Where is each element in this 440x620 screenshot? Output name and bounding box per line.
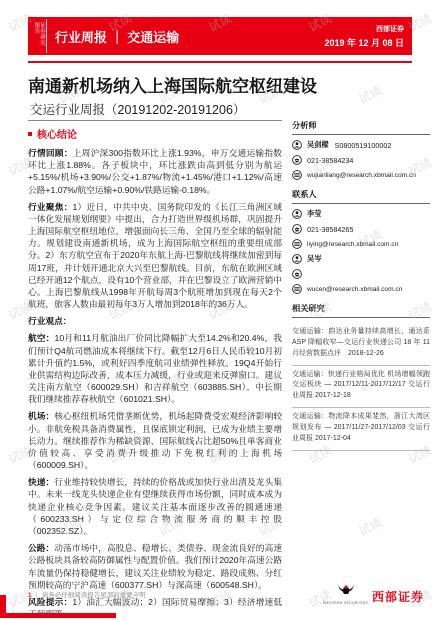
contact-name: 李莹: [307, 209, 321, 219]
footer-disclaimer: 1 ｜ 请务必仔细阅读报告尾部的重要声明: [28, 590, 146, 599]
contact-name-row: 吴岑: [292, 254, 430, 264]
analyst-email: wujianliang@research.xbmail.com.cn: [307, 172, 416, 179]
footer-disclaimer-text: 请务必仔细阅读报告尾部的重要声明: [42, 592, 146, 599]
core-divider: [28, 120, 282, 121]
header-brand: 西部证券: [324, 24, 404, 34]
paragraph-label: 行情回顾：: [28, 148, 73, 158]
page-number: 1: [28, 592, 32, 599]
paragraph-text: 核心枢纽机场凭借垄断优势，机场起降费受宏观经济影响较小。非航免税具备消费属性，且…: [28, 411, 282, 470]
sidebar: 分析师 吴剑樑 S0800519100002 021-38584234: [292, 120, 430, 620]
header-divider: [28, 61, 412, 63]
core-conclusion-label: 核心结论: [37, 126, 77, 141]
email-icon: [292, 239, 302, 249]
analyst-section: 分析师 吴剑樑 S0800519100002 021-38584234: [292, 120, 430, 180]
bull-logo-icon: WESTERN SECURITIES: [323, 583, 368, 605]
contact-heading: 联系人: [292, 189, 430, 204]
phone-icon: [292, 269, 302, 279]
phone-icon: [292, 155, 302, 165]
contact-email: wucen@research.xbmail.com.cn: [307, 286, 402, 293]
paragraph-text: 行业维持较快增长，持续的价格战或加快行业出清及龙头集中。未来一线龙头快递企业有望…: [28, 477, 282, 536]
analyst-name-row: 吴剑樑 S0800519100002: [292, 140, 430, 150]
brand-en-label: WESTERN SECURITIES: [323, 601, 368, 605]
body-paragraph: 行业观点：: [28, 315, 282, 327]
email-icon: [292, 170, 302, 180]
body-paragraph: 机场：核心枢纽机场凭借垄断优势，机场起降费受宏观经济影响较小。非航免税具备消费属…: [28, 410, 282, 471]
body-paragraph: 航空：10月和11月航油出厂价同比降幅扩大至14.2%和20.4%，我们预计Q4…: [28, 332, 282, 405]
analyst-email-row: wujianliang@research.xbmail.com.cn: [292, 170, 430, 180]
person-icon: [292, 140, 302, 150]
paragraph-label: 行业聚焦：: [28, 202, 73, 212]
analyst-name: 吴剑樑: [307, 140, 329, 150]
paragraph-text: 1）近日，中共中央、国务院印发的《长江三角洲区域一体化发展规划纲要》中提出，合力…: [28, 202, 282, 309]
report-body: 行情回顾：上周沪深300指数环比上涨1.93%，申万交通运输指数环比上涨1.88…: [28, 147, 282, 620]
report-category-vertical-label: 证券研究报告: [31, 19, 47, 53]
content-columns: 核心结论 行情回顾：上周沪深300指数环比上涨1.93%，申万交通运输指数环比上…: [28, 120, 430, 620]
related-research-item: 交通运输：韵达业务量持续高增长，通达系 ASP 降幅收窄—交运行业快递公司 18…: [292, 323, 430, 366]
header-title: 行业周报 ｜ 交通运输: [47, 27, 179, 46]
contact-email-row: liying@research.xbmail.com.cn: [292, 239, 430, 249]
paragraph-label: 机场：: [28, 411, 54, 421]
footer-brand: WESTERN SECURITIES 西部证券: [323, 583, 424, 605]
paragraph-label: 快递：: [28, 477, 54, 487]
analyst-phone-row: 021-38584234: [292, 155, 430, 165]
paragraph-text: 动荡市场中，高股息、稳增长、类债券、现金流良好的高速公路板块具备较高防御属性与配…: [28, 543, 282, 590]
body-paragraph: 行情回顾：上周沪深300指数环比上涨1.93%，申万交通运输指数环比上涨1.88…: [28, 147, 282, 196]
footer: 1 ｜ 请务必仔细阅读报告尾部的重要声明 WESTERN SECURITIES …: [28, 584, 424, 604]
paragraph-label: 行业观点：: [28, 316, 71, 326]
page-title: 南通新机场纳入上海国际航空枢纽建设: [28, 72, 412, 97]
footer-separator: ｜: [33, 592, 40, 599]
corner-decoration: [0, 613, 116, 618]
related-research-item: 交通运输：物流降本成果斐然，浙江大湾区规划发布 — 2017/11/27-201…: [292, 408, 430, 451]
email-icon: [292, 284, 302, 294]
body-paragraph: 行业聚焦：1）近日，中共中央、国务院印发的《长江三角洲区域一体化发展规划纲要》中…: [28, 201, 282, 311]
core-conclusion-heading: 核心结论: [28, 126, 282, 141]
paragraph-label: 航空：: [28, 333, 55, 343]
contact-section: 联系人 李莹 021-38584265: [292, 189, 430, 294]
contact-phone: 021-38584265: [307, 225, 353, 234]
report-page: 证券研究报告 行业周报 ｜ 交通运输 西部证券 2019 年 12 月 08 日…: [0, 0, 440, 620]
paragraph-text: 10月和11月航油出厂价同比降幅扩大至14.2%和20.4%，我们预计Q4航司燃…: [28, 333, 282, 404]
contact-name-row: 李莹: [292, 209, 430, 219]
paragraph-label: 公路：: [28, 543, 54, 553]
related-research-section: 相关研究 交通运输：韵达业务量持续高增长，通达系 ASP 降幅收窄—交运行业快递…: [292, 303, 430, 451]
person-icon: [292, 209, 302, 219]
contact-email-row: wucen@research.xbmail.com.cn: [292, 284, 430, 294]
contact-phone-row: 021-38584265: [292, 224, 430, 234]
analyst-phone: 021-38584234: [307, 156, 353, 165]
person-icon: [292, 254, 302, 264]
report-date: 2019 年 12 月 08 日: [324, 36, 404, 49]
phone-icon: [292, 224, 302, 234]
contact-name: 吴岑: [307, 254, 321, 264]
related-research-item: 交通运输：快递行业格局优化 机场增幅领跑交运板块 — 2017/12/11-20…: [292, 366, 430, 409]
analyst-heading: 分析师: [292, 120, 430, 135]
contact-email: liying@research.xbmail.com.cn: [307, 241, 398, 248]
body-paragraph: 快递：行业维持较快增长，持续的价格战或加快行业出清及龙头集中。未来一线龙头快递企…: [28, 476, 282, 537]
square-bullet-icon: [28, 132, 32, 136]
header-bar: 证券研究报告 行业周报 ｜ 交通运输 西部证券 2019 年 12 月 08 日: [28, 17, 412, 55]
page-subtitle: 交运行业周报（20191202-20191206）: [30, 100, 414, 118]
contact-phone-row: [292, 269, 430, 279]
brand-cn-label: 西部证券: [372, 588, 424, 605]
header-right: 西部证券 2019 年 12 月 08 日: [324, 24, 412, 49]
analyst-cert-number: S0800519100002: [335, 141, 392, 150]
main-column: 核心结论 行情回顾：上周沪深300指数环比上涨1.93%，申万交通运输指数环比上…: [28, 120, 282, 620]
related-research-heading: 相关研究: [292, 303, 430, 318]
